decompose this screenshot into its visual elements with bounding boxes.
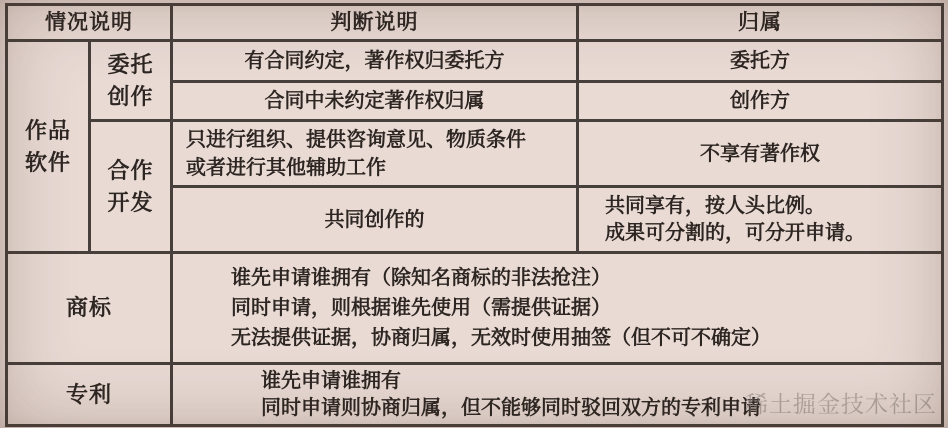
- cell-cooperative-judgment-1: 只进行组织、提供咨询意见、物质条件 或者进行其他辅助工作: [172, 121, 578, 187]
- table-row-trademark: 商标 谁先申请谁拥有（除知名商标的非法抢注） 同时申请，则根据谁先使用（需提供证…: [7, 253, 943, 364]
- cell-commissioned-judgment-2: 合同中未约定著作权归属: [172, 82, 578, 121]
- cell-commissioned-judgment-1: 有合同约定，著作权归委托方: [172, 41, 578, 82]
- header-row: 情况说明 判断说明 归属: [7, 5, 943, 41]
- cell-cooperative-ownership-1: 不享有著作权: [578, 121, 943, 187]
- cell-patent-label: 专利: [7, 364, 172, 426]
- cell-commissioned-creation-label: 委托 创作: [90, 41, 172, 121]
- cell-cooperative-judgment-2: 共同创作的: [172, 187, 578, 253]
- cell-trademark-judgment: 谁先申请谁拥有（除知名商标的非法抢注） 同时申请，则根据谁先使用（需提供证据） …: [172, 253, 943, 364]
- page-background: { "table": { "header": { "situation": "情…: [0, 0, 948, 428]
- ip-ownership-table: 情况说明 判断说明 归属 作品 软件 委托 创作 有合同约定，著作权归委托方 委…: [5, 3, 944, 427]
- cell-patent-judgment: 谁先申请谁拥有 同时申请则协商归属，但不能够同时驳回双方的专利申请: [172, 364, 943, 426]
- table-row-commissioned-1: 作品 软件 委托 创作 有合同约定，著作权归委托方 委托方: [7, 41, 943, 82]
- header-judgment: 判断说明: [172, 5, 578, 41]
- header-ownership: 归属: [578, 5, 943, 41]
- table-row-patent: 专利 谁先申请谁拥有 同时申请则协商归属，但不能够同时驳回双方的专利申请: [7, 364, 943, 426]
- cell-commissioned-ownership-2: 创作方: [578, 82, 943, 121]
- header-situation: 情况说明: [7, 5, 172, 41]
- cell-software-works-label: 作品 软件: [7, 41, 90, 253]
- cell-commissioned-ownership-1: 委托方: [578, 41, 943, 82]
- cell-cooperative-ownership-2: 共同享有，按人头比例。 成果可分割的，可分开申请。: [578, 187, 943, 253]
- cell-cooperative-development-label: 合作 开发: [90, 121, 172, 253]
- table-row-cooperative-1: 合作 开发 只进行组织、提供咨询意见、物质条件 或者进行其他辅助工作 不享有著作…: [7, 121, 943, 187]
- cell-trademark-label: 商标: [7, 253, 172, 364]
